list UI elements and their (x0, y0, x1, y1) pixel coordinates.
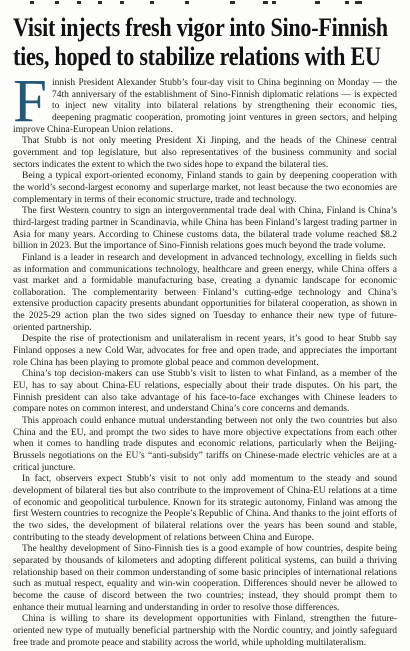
paragraph-text: That Stubb is not only meeting President… (13, 136, 397, 169)
paragraph-text: China’s top decision-makers can use Stub… (13, 369, 397, 414)
paragraph: Finland is a leader in research and deve… (13, 253, 397, 335)
cropped-text-artifact (230, 1, 235, 4)
cropped-text-artifact (272, 1, 276, 4)
paragraph-text: innish President Alexander Stubb’s four-… (13, 78, 397, 135)
paragraph-text: China is willing to share its developmen… (13, 614, 397, 647)
paragraph-text: This approach could enhance mutual under… (13, 416, 397, 473)
headline-line2: ties, hoped to stabilize relations with … (13, 42, 397, 71)
headline-line1: Visit injects fresh vigor into Sino-Finn… (13, 13, 397, 42)
paragraph-text: The first Western country to sign an int… (13, 206, 397, 251)
paragraph-text: Being a typical export-oriented economy,… (13, 171, 397, 204)
paragraph: The healthy development of Sino-Finnish … (13, 544, 397, 614)
paragraph: China’s top decision-makers can use Stub… (13, 369, 397, 416)
cropped-text-artifact (150, 1, 154, 4)
article-page: Visit injects fresh vigor into Sino-Finn… (0, 0, 410, 651)
cropped-text-artifact (185, 1, 189, 4)
paragraph-text: The healthy development of Sino-Finnish … (13, 544, 397, 612)
cropped-text-artifact (315, 1, 320, 4)
article-body: Finnish President Alexander Stubb’s four… (13, 78, 397, 649)
paragraph-text: In fact, observers expect Stubb’s visit … (13, 474, 397, 542)
cropped-text-artifact (30, 1, 34, 4)
paragraph: Finnish President Alexander Stubb’s four… (13, 78, 397, 136)
cropped-text-artifact (77, 1, 81, 4)
paragraph: China is willing to share its developmen… (13, 614, 397, 649)
paragraph: In fact, observers expect Stubb’s visit … (13, 474, 397, 544)
paragraph: That Stubb is not only meeting President… (13, 136, 397, 171)
paragraph: Being a typical export-oriented economy,… (13, 171, 397, 206)
paragraph: This approach could enhance mutual under… (13, 416, 397, 474)
cropped-text-artifact (98, 1, 102, 4)
cropped-text-artifact (263, 1, 268, 4)
paragraph: The first Western country to sign an int… (13, 206, 397, 253)
cropped-text-artifact (55, 1, 59, 4)
paragraph: Despite the rise of protectionism and un… (13, 334, 397, 369)
paragraph-text: Despite the rise of protectionism and un… (13, 334, 397, 367)
cropped-text-artifact (345, 1, 349, 4)
cropped-text-artifact (355, 1, 362, 4)
cropped-text-artifact (120, 1, 124, 4)
paragraph-text: Finland is a leader in research and deve… (13, 253, 397, 333)
drop-cap: F (13, 78, 47, 124)
headline: Visit injects fresh vigor into Sino-Finn… (13, 13, 397, 71)
